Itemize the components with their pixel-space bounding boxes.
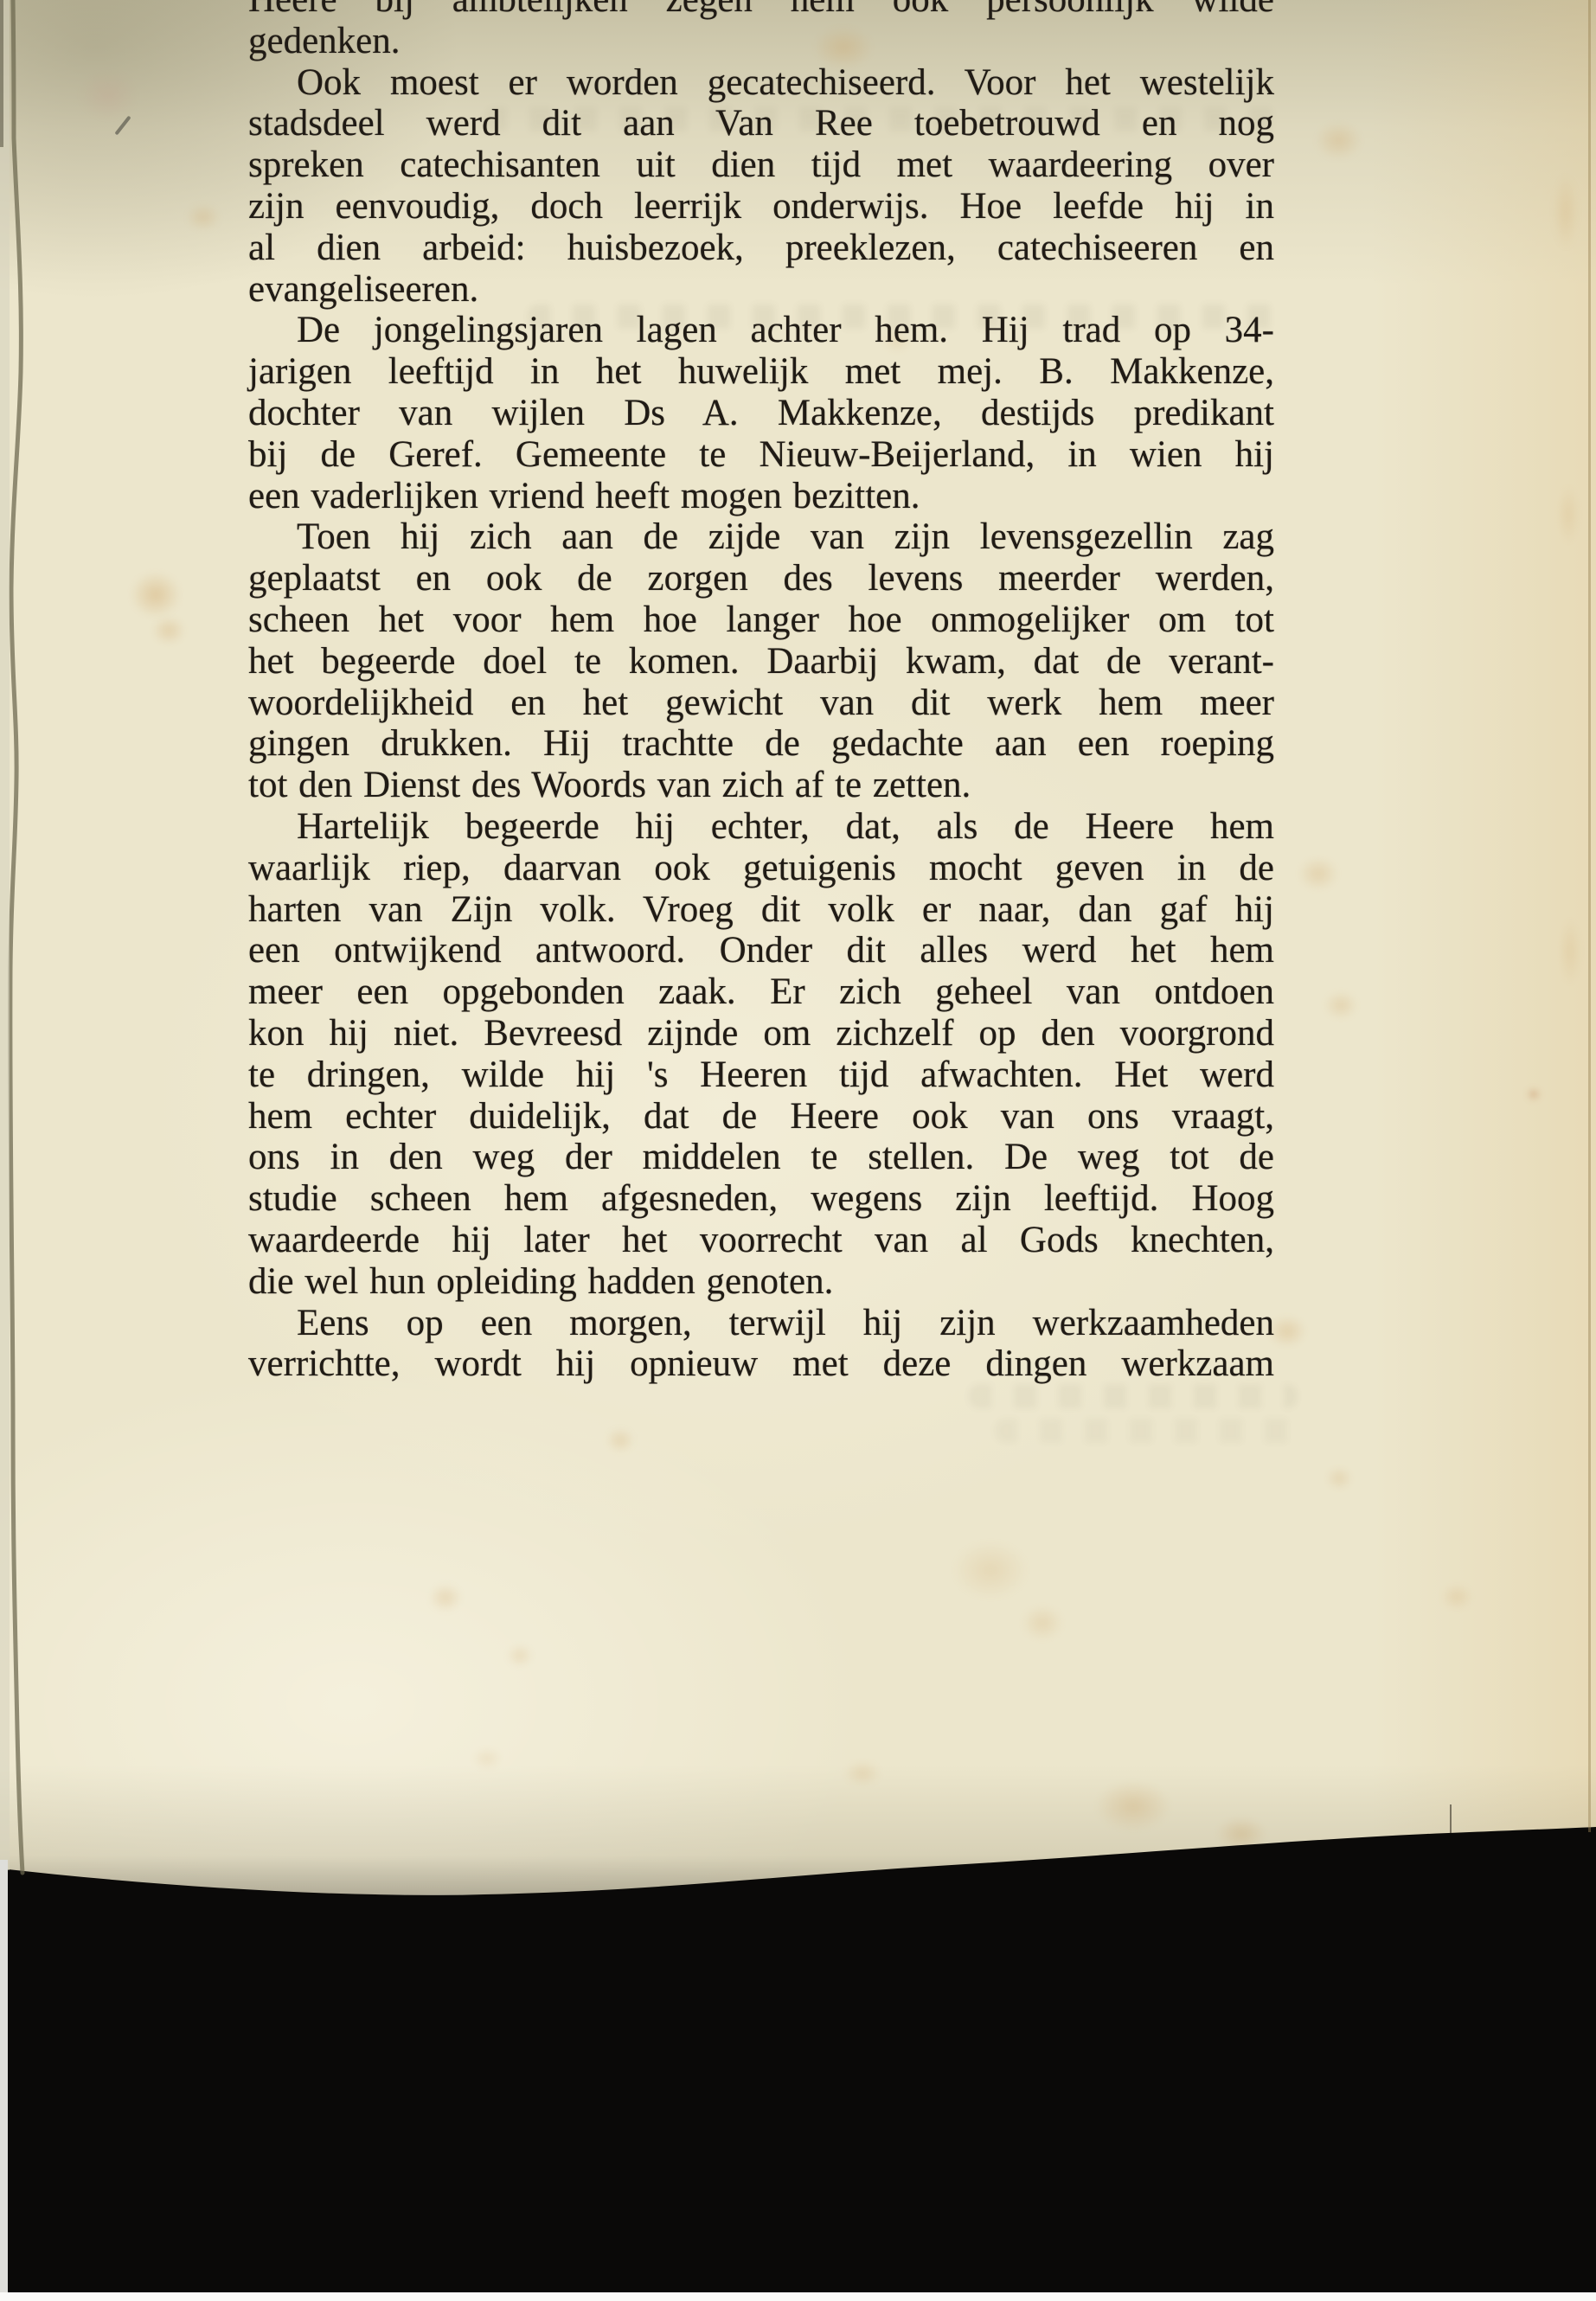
- scan-overlay-svg: [0, 0, 1596, 2301]
- gutter-shadow-line: [10, 0, 22, 1873]
- scan-black-area: [0, 1827, 1596, 2294]
- book-page-scan: Heere bij ambtelijken zegen hem ook pers…: [0, 0, 1596, 2301]
